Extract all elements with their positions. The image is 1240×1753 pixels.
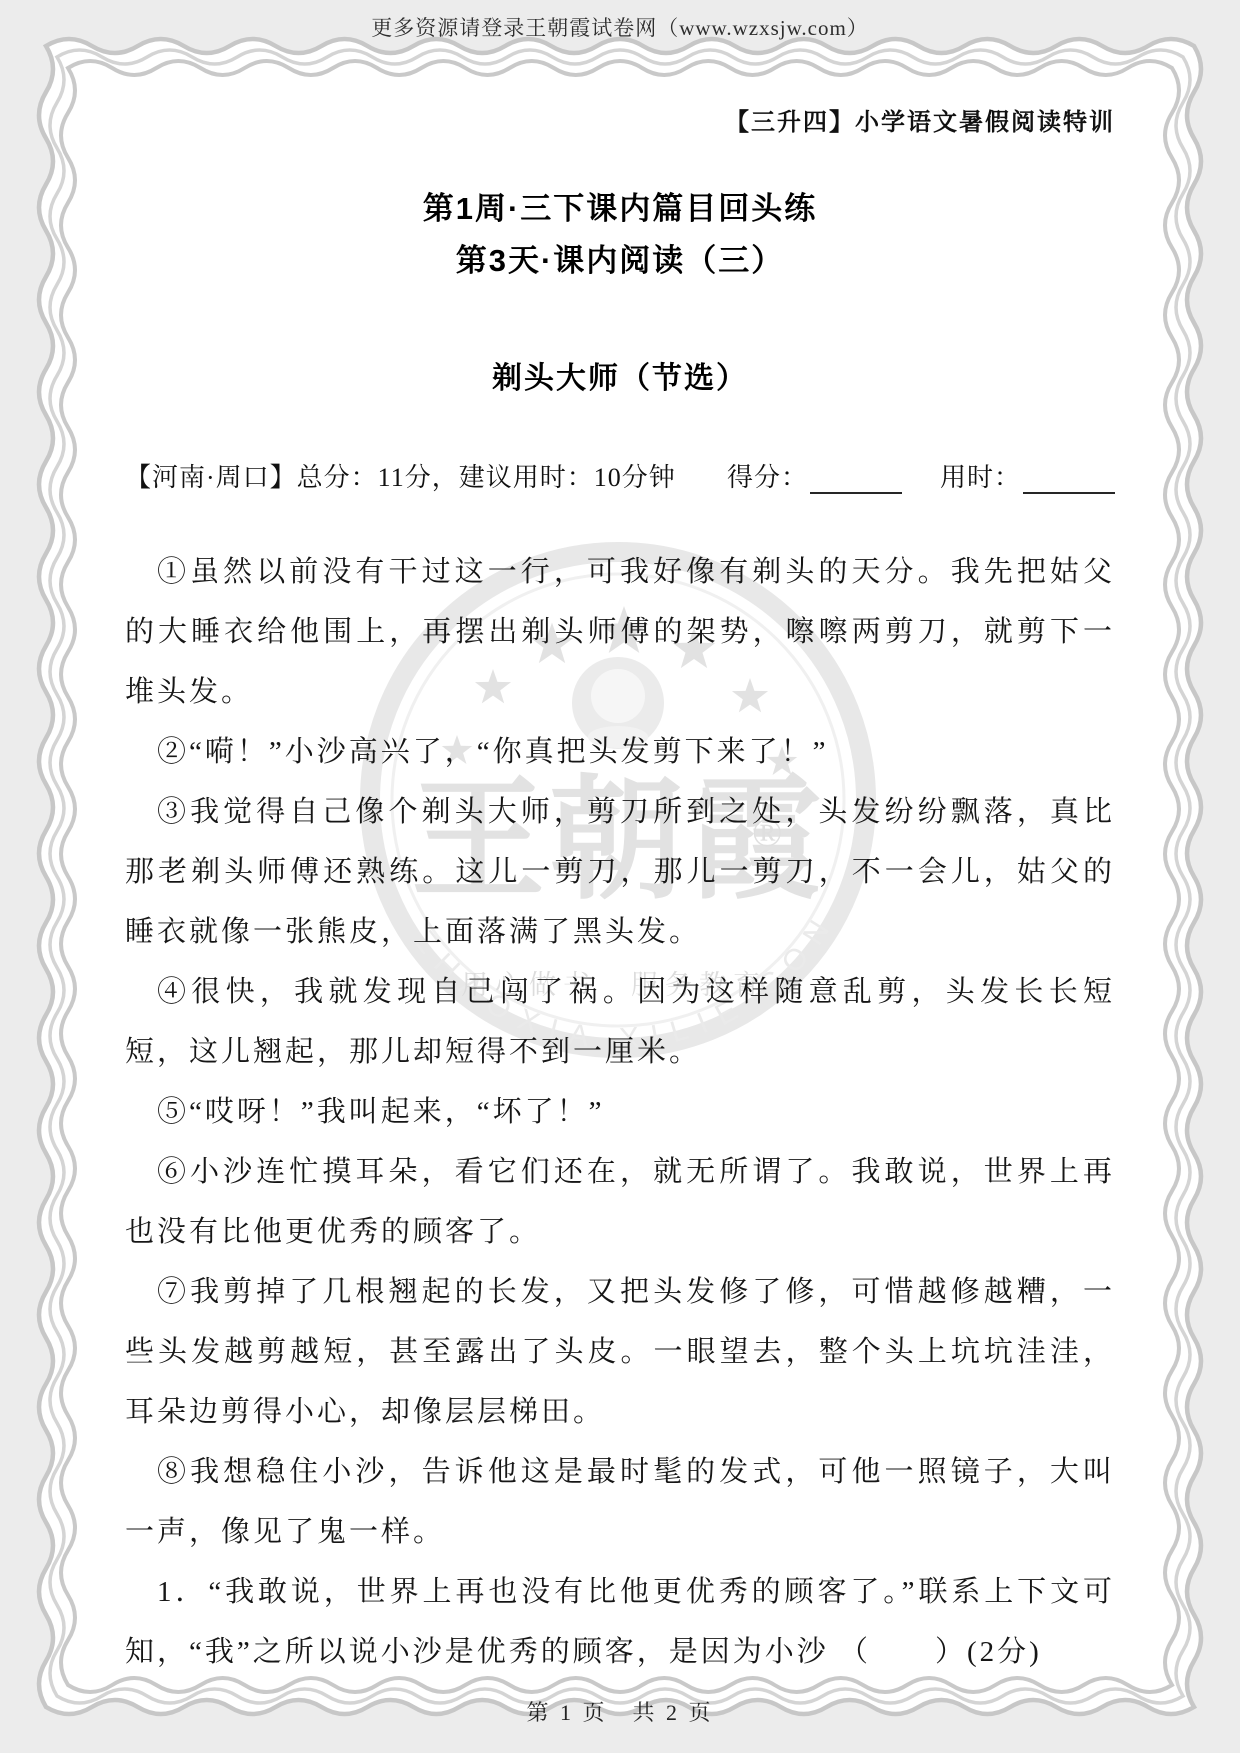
time-group: 用时： bbox=[940, 457, 1115, 494]
passage-paragraph-8: ⑧我想稳住小沙，告诉他这是最时髦的发式，可他一照镜子，大叫一声，像见了鬼一样。 bbox=[125, 1442, 1115, 1562]
passage-paragraph-3: ③我觉得自己像个剃头大师，剪刀所到之处，头发纷纷飘落，真比那老剃头师傅还熟练。这… bbox=[125, 782, 1115, 962]
question-1: 1．“我敢说，世界上再也没有比他更优秀的顾客了。”联系上下文可知，“我”之所以说… bbox=[125, 1562, 1115, 1682]
worksheet-page: 王朝霞 ® WANG ZHAOXIA XILIE CONGSHU 用心做书 服务… bbox=[0, 0, 1240, 1753]
passage-paragraph-6: ⑥小沙连忙摸耳朵，看它们还在，就无所谓了。我敢说，世界上再也没有比他更优秀的顾客… bbox=[125, 1142, 1115, 1262]
page-title-day: 第3天·课内阅读（三） bbox=[125, 239, 1115, 283]
passage-title: 剃头大师（节选） bbox=[125, 357, 1115, 401]
series-label: 【三升四】小学语文暑假阅读特训 bbox=[125, 102, 1115, 137]
passage-paragraph-7: ⑦我剪掉了几根翘起的长发，又把头发修了修，可惜越修越糟，一些头发越剪越短，甚至露… bbox=[125, 1262, 1115, 1442]
score-label: 得分： bbox=[727, 457, 808, 494]
passage-body: ①虽然以前没有干过这一行，可我好像有剃头的天分。我先把姑父的大睡衣给他围上，再摆… bbox=[125, 542, 1115, 1682]
passage-paragraph-5: ⑤“哎呀！”我叫起来，“坏了！” bbox=[125, 1082, 1115, 1142]
score-group: 得分： bbox=[727, 457, 902, 494]
passage-paragraph-1: ①虽然以前没有干过这一行，可我好像有剃头的天分。我先把姑父的大睡衣给他围上，再摆… bbox=[125, 542, 1115, 722]
time-label: 用时： bbox=[940, 457, 1021, 494]
passage-paragraph-2: ②“嗬！”小沙高兴了，“你真把头发剪下来了！” bbox=[125, 722, 1115, 782]
time-blank bbox=[1023, 470, 1115, 494]
page-title-week: 第1周·三下课内篇目回头练 bbox=[125, 187, 1115, 231]
page-number: 第 1 页 共 2 页 bbox=[125, 1696, 1115, 1727]
page-content: 【三升四】小学语文暑假阅读特训 第1周·三下课内篇目回头练 第3天·课内阅读（三… bbox=[125, 0, 1115, 1727]
meta-source-info: 【河南·周口】总分：11分，建议用时：10分钟 bbox=[125, 457, 676, 494]
score-blank bbox=[810, 470, 902, 494]
meta-row: 【河南·周口】总分：11分，建议用时：10分钟 得分： 用时： bbox=[125, 457, 1115, 494]
passage-paragraph-4: ④很快，我就发现自己闯了祸。因为这样随意乱剪，头发长长短短，这儿翘起，那儿却短得… bbox=[125, 962, 1115, 1082]
